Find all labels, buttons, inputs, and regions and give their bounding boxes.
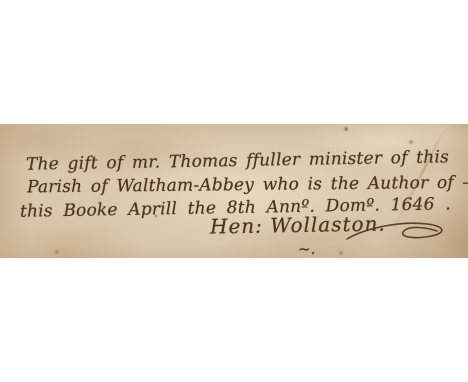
inscription-line-2: Parish of Waltham-Abbey who is the Autho… (27, 173, 468, 198)
signature-undermark: ~. (298, 239, 316, 259)
signature-flourish (345, 218, 451, 246)
inscription-line-1: The gift of mr. Thomas ffuller minister … (26, 147, 449, 174)
manuscript-paper: The gift of mr. Thomas ffuller minister … (0, 124, 468, 258)
photograph: The gift of mr. Thomas ffuller minister … (0, 0, 468, 382)
